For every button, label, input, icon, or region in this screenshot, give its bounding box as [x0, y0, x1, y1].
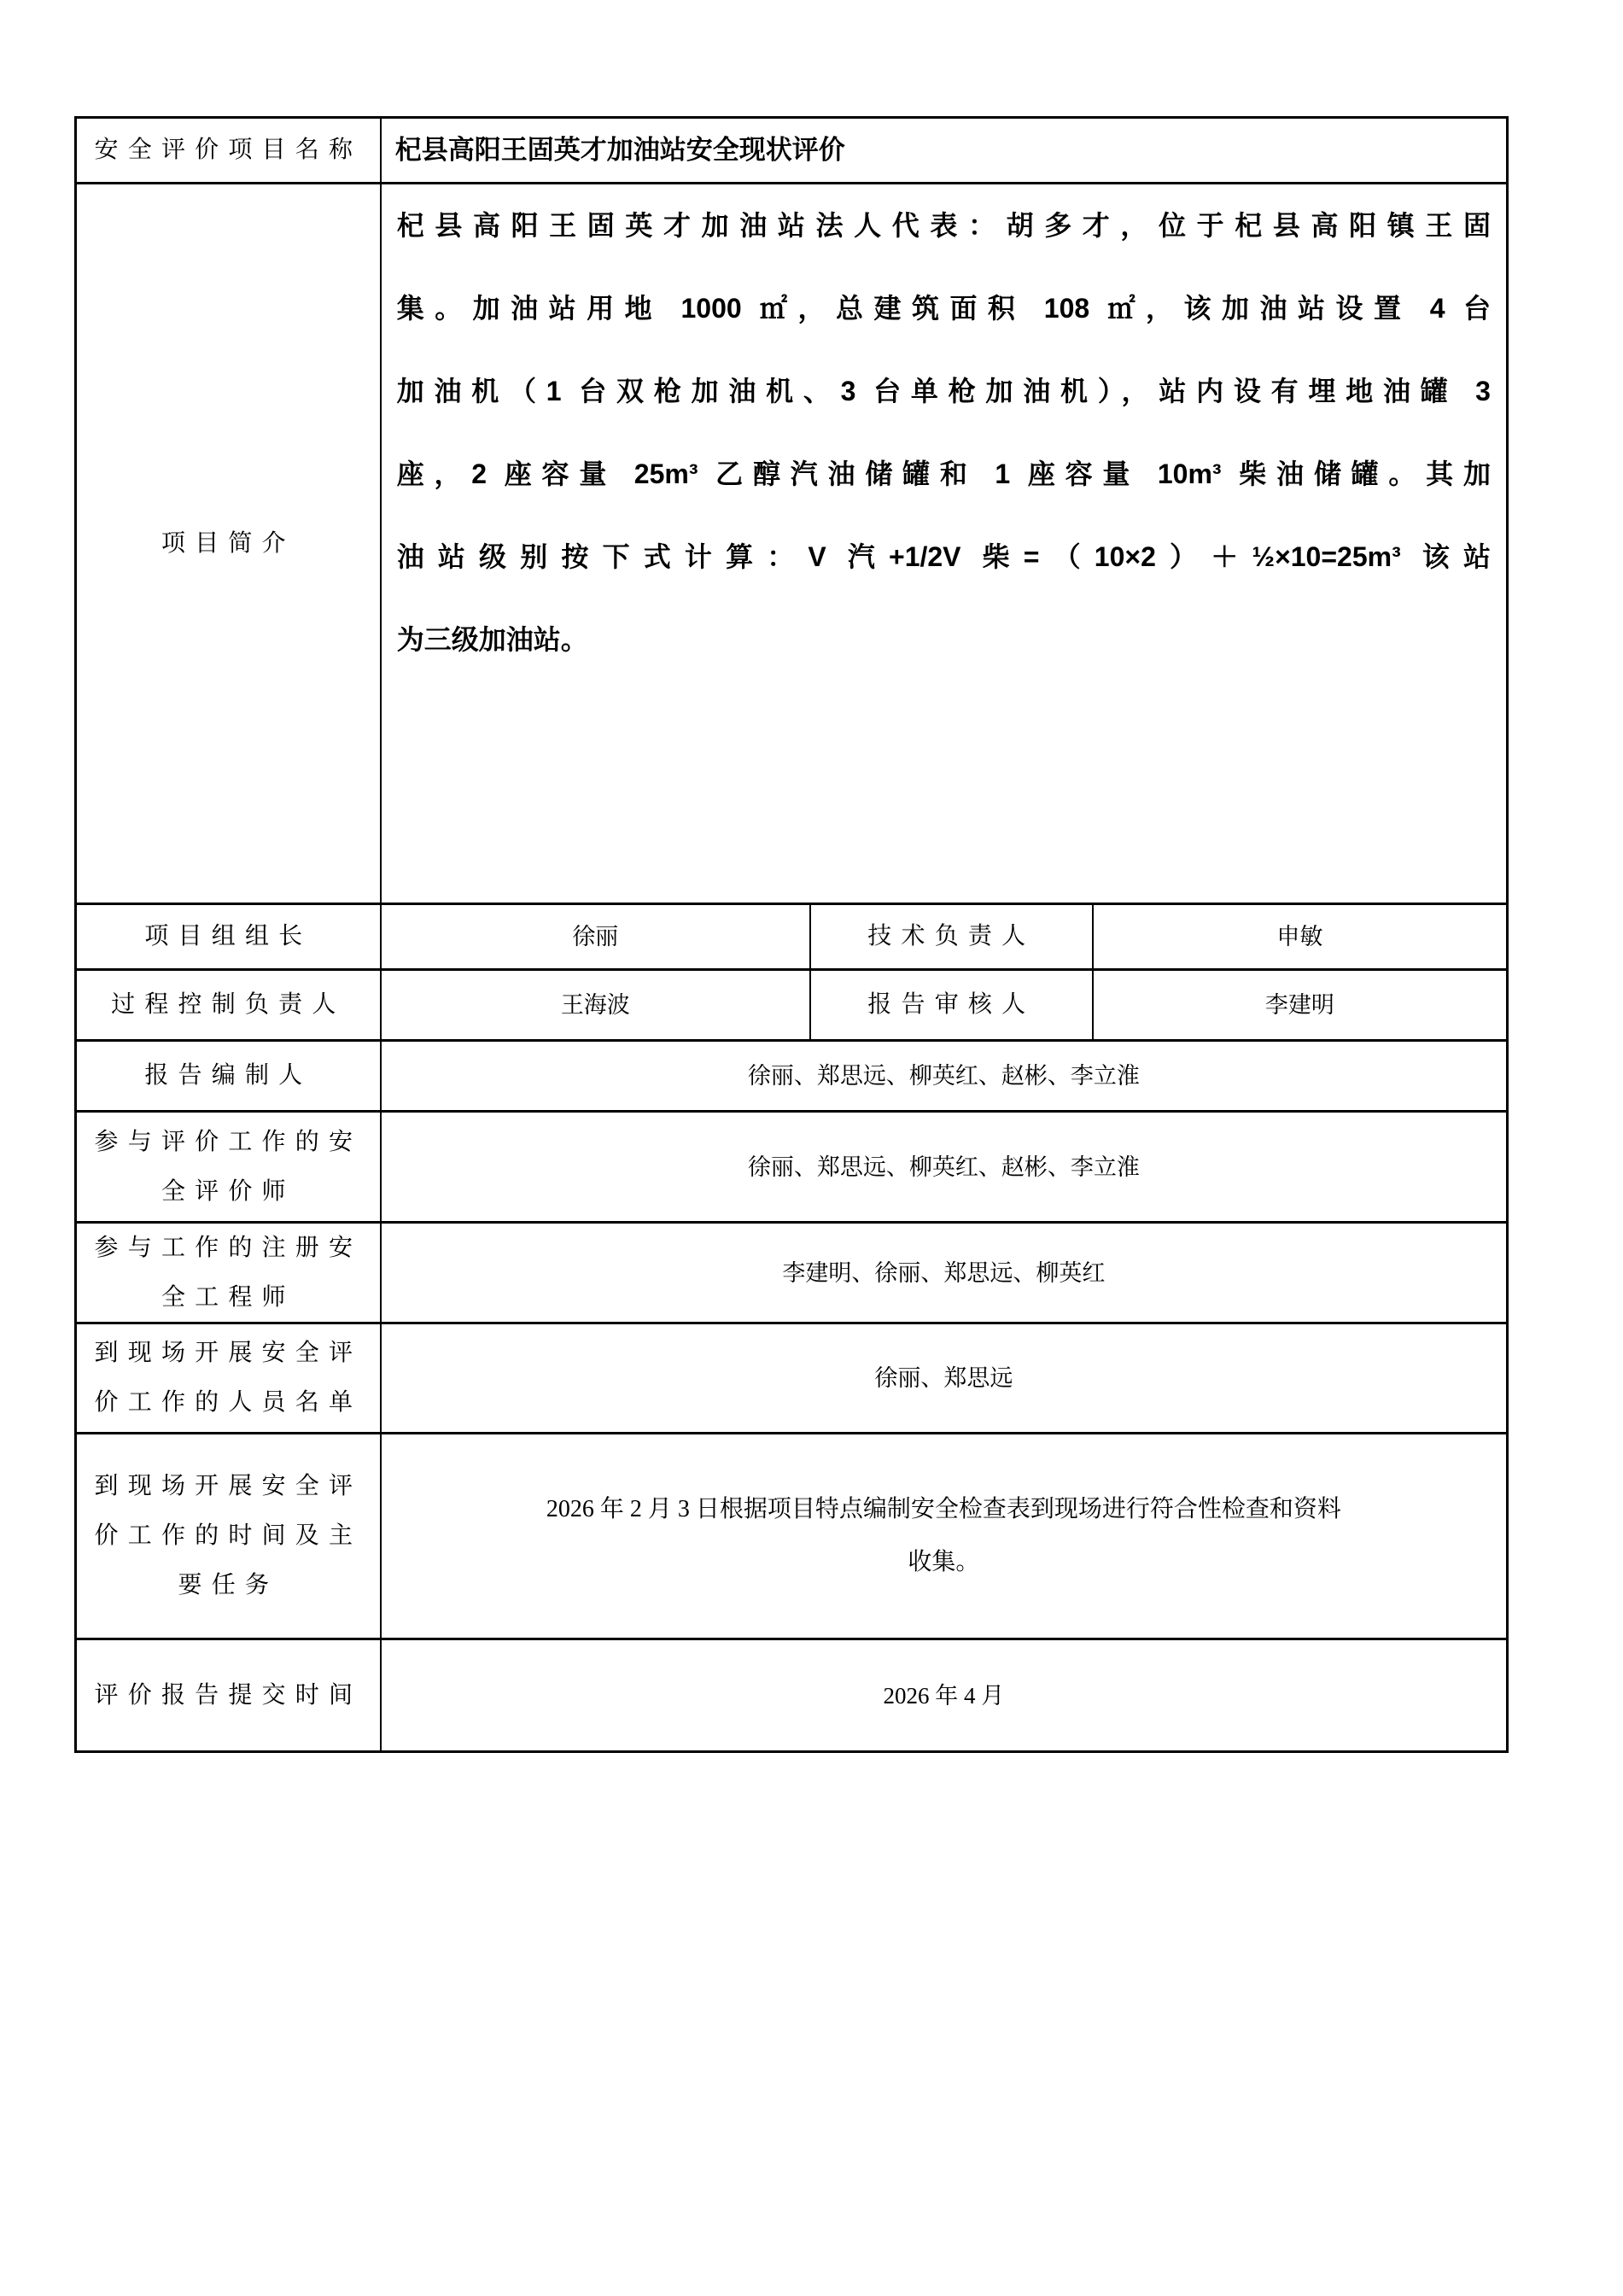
text-line: 到现场开展安全评: [77, 1462, 380, 1511]
cell-evaluators-value: 徐丽、郑思远、柳英红、赵彬、李立淮: [382, 1113, 1506, 1224]
label-text: 项目组组长: [77, 912, 380, 961]
cell-submit-time-value: 2026 年 4 月: [382, 1640, 1506, 1750]
text-line: 为三级加油站。: [397, 599, 1491, 681]
text-line: 杞县高阳王固英才加油站法人代表：胡多才，位于杞县高阳镇王固: [397, 184, 1491, 267]
label-text: 技术负责人: [811, 912, 1092, 961]
text-line: 要任务: [77, 1561, 380, 1610]
document-page: 安全评价项目名称 杞县高阳王固英才加油站安全现状评价 项目简介 杞县高阳王固英才…: [0, 0, 1623, 2296]
text-line: 到现场开展安全评: [77, 1329, 380, 1378]
project-info-table: 安全评价项目名称 杞县高阳王固英才加油站安全现状评价 项目简介 杞县高阳王固英才…: [74, 116, 1509, 1753]
label-text: 报告审核人: [811, 980, 1092, 1030]
text-line: 价工作的人员名单: [77, 1378, 380, 1428]
text-line: 加油机（1 台双枪加油机、3 台单枪加油机），站内设有埋地油罐 3: [397, 350, 1491, 433]
value-text: 王海波: [382, 980, 809, 1030]
text-line: 2026 年 2 月 3 日根据项目特点编制安全检查表到现场进行符合性检查和资料: [382, 1483, 1506, 1536]
label-text: 项目简介: [77, 519, 380, 569]
text-line: 全工程师: [77, 1273, 380, 1323]
text-line: 参与评价工作的安: [77, 1118, 380, 1167]
cell-project-name-label: 安全评价项目名称: [77, 119, 382, 184]
value-text: 徐丽、郑思远、柳英红、赵彬、李立淮: [382, 1051, 1506, 1101]
cell-site-tasks-value: 2026 年 2 月 3 日根据项目特点编制安全检查表到现场进行符合性检查和资料…: [382, 1434, 1506, 1640]
cell-tech-lead-value: 申敏: [1094, 905, 1506, 971]
cell-compilers-label: 报告编制人: [77, 1042, 382, 1113]
value-text: 申敏: [1094, 912, 1506, 961]
cell-site-staff-value: 徐丽、郑思远: [382, 1324, 1506, 1434]
cell-evaluators-label: 参与评价工作的安全评价师: [77, 1113, 382, 1224]
value-text: 李建明: [1094, 980, 1506, 1030]
text-line: 收集。: [382, 1536, 1506, 1589]
value-text: 杞县高阳王固英才加油站安全现状评价: [395, 133, 845, 167]
text-line: 参与工作的注册安: [77, 1224, 380, 1273]
value-text: 2026 年 4 月: [382, 1671, 1506, 1721]
text-line: 集。加油站用地 1000 ㎡，总建筑面积 108 ㎡，该加油站设置 4 台: [397, 267, 1491, 350]
text-line: 价工作的时间及主: [77, 1511, 380, 1561]
cell-team-leader-label: 项目组组长: [77, 905, 382, 971]
cell-process-control-label: 过程控制负责人: [77, 971, 382, 1042]
cell-process-control-value: 王海波: [382, 971, 811, 1042]
label-text: 过程控制负责人: [77, 980, 380, 1030]
value-text: 徐丽: [382, 912, 809, 961]
text-line: 座，2 座容量 25m³ 乙醇汽油储罐和 1 座容量 10m³ 柴油储罐。其加: [397, 433, 1491, 516]
label-text: 安全评价项目名称: [77, 126, 380, 175]
cell-submit-time-label: 评价报告提交时间: [77, 1640, 382, 1750]
value-text: 徐丽、郑思远、柳英红、赵彬、李立淮: [382, 1142, 1506, 1192]
value-text: 李建明、徐丽、郑思远、柳英红: [382, 1248, 1506, 1298]
text-line: 评价报告提交时间: [77, 1671, 380, 1721]
cell-site-tasks-label: 到现场开展安全评价工作的时间及主要任务: [77, 1434, 382, 1640]
text-line: 油站级别按下式计算：V 汽+1/2V 柴=（10×2）＋½×10=25m³ 该站: [397, 516, 1491, 599]
text-line: 报告编制人: [77, 1051, 380, 1101]
cell-intro-label: 项目简介: [77, 184, 382, 905]
cell-project-name-value: 杞县高阳王固英才加油站安全现状评价: [382, 119, 1506, 184]
cell-report-review-label: 报告审核人: [811, 971, 1094, 1042]
cell-intro-text: 杞县高阳王固英才加油站法人代表：胡多才，位于杞县高阳镇王固集。加油站用地 100…: [382, 184, 1506, 905]
cell-engineers-label: 参与工作的注册安全工程师: [77, 1224, 382, 1324]
cell-engineers-value: 李建明、徐丽、郑思远、柳英红: [382, 1224, 1506, 1324]
cell-compilers-value: 徐丽、郑思远、柳英红、赵彬、李立淮: [382, 1042, 1506, 1113]
cell-tech-lead-label: 技术负责人: [811, 905, 1094, 971]
cell-site-staff-label: 到现场开展安全评价工作的人员名单: [77, 1324, 382, 1434]
cell-report-review-value: 李建明: [1094, 971, 1506, 1042]
text-line: 全评价师: [77, 1167, 380, 1217]
value-text: 徐丽、郑思远: [382, 1353, 1506, 1403]
cell-team-leader-value: 徐丽: [382, 905, 811, 971]
